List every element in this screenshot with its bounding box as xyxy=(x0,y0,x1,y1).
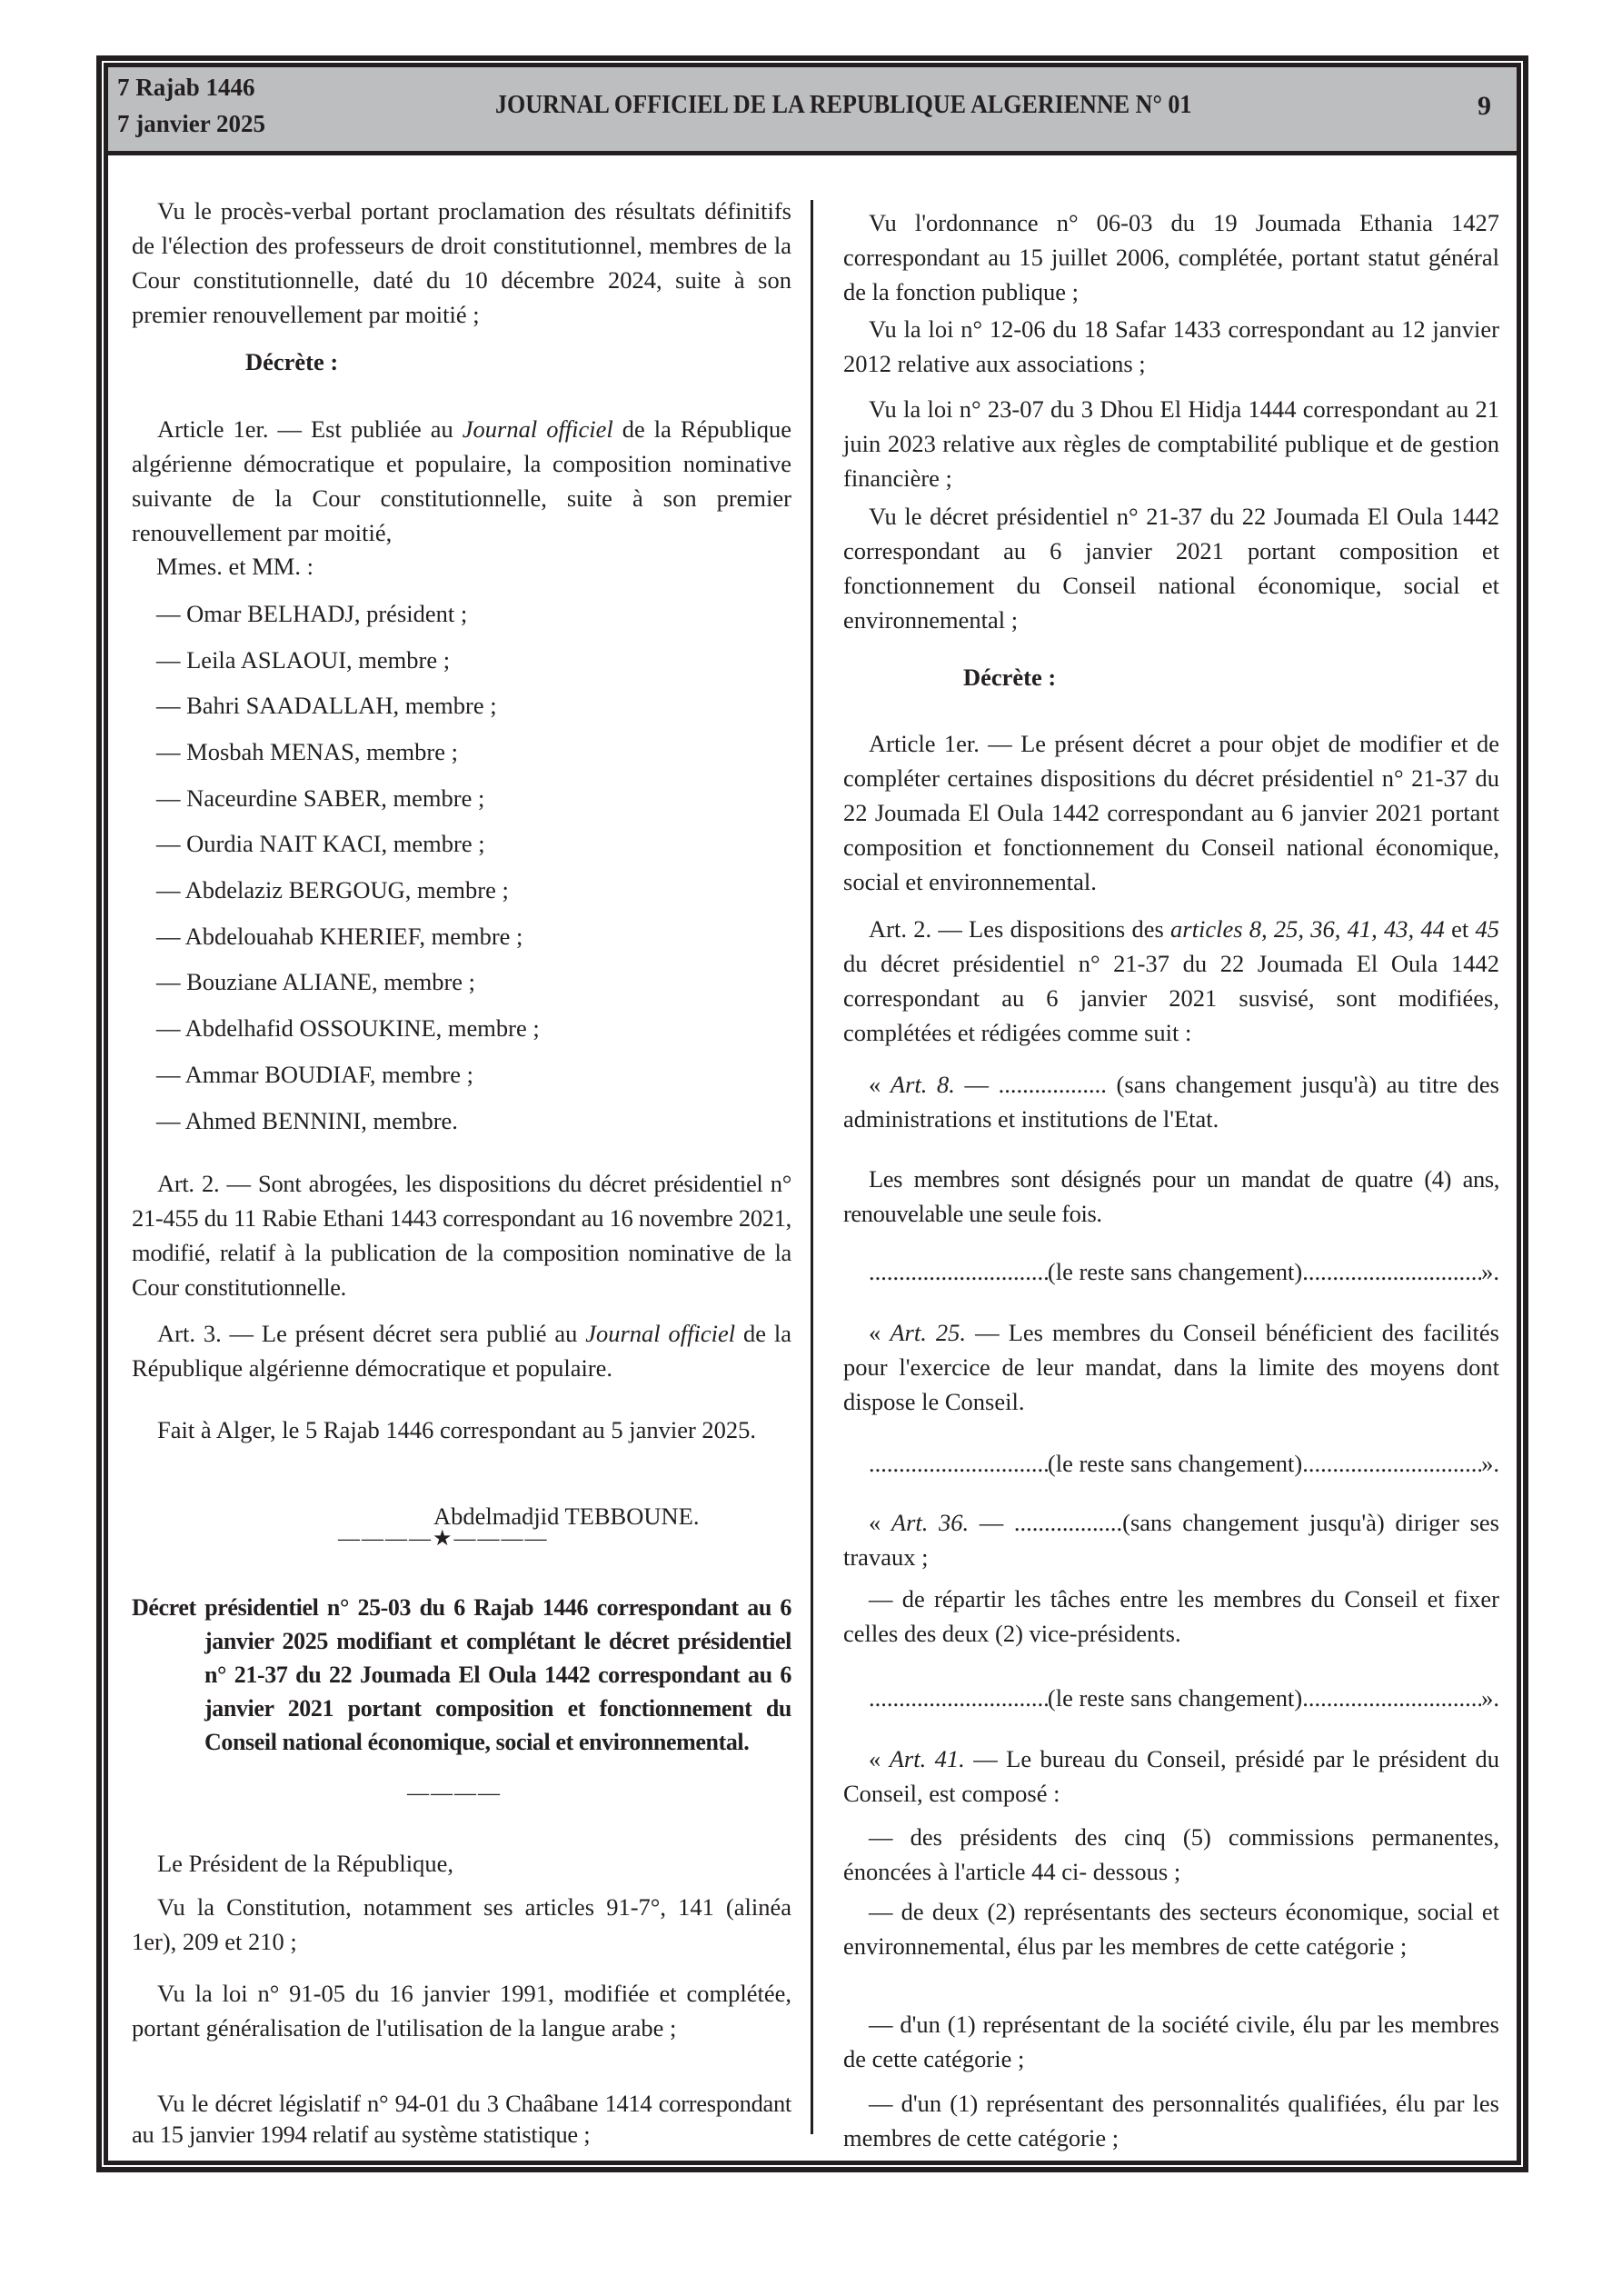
article-41: « Art. 41. — Le bureau du Conseil, prési… xyxy=(843,1742,1499,1811)
journal-officiel-italic: Journal officiel xyxy=(585,1320,735,1347)
article-25: « Art. 25. — Les membres du Conseil béné… xyxy=(843,1315,1499,1419)
member-item: — Abdelaziz BERGOUG, membre ; xyxy=(156,873,509,907)
reste-sans-changement: (le reste sans changement)». xyxy=(869,1681,1499,1715)
article-3-left: Art. 3. — Le présent décret sera publié … xyxy=(132,1316,791,1385)
salutation: Mmes. et MM. : xyxy=(156,549,313,584)
article-1-right: Article 1er. — Le présent décret a pour … xyxy=(843,726,1499,899)
article-label: Art. 25. xyxy=(890,1319,966,1346)
member-item: — Mosbah MENAS, membre ; xyxy=(156,734,458,769)
reste-sans-changement: (le reste sans changement)». xyxy=(869,1446,1499,1481)
member-item: — Ammar BOUDIAF, membre ; xyxy=(156,1057,473,1092)
vu-proces-verbal: Vu le procès-verbal portant proclamation… xyxy=(132,194,791,332)
article-label: Art. 8. xyxy=(891,1071,955,1098)
article-36: « Art. 36. — ..................(sans cha… xyxy=(843,1505,1499,1574)
member-item: — Abdelouahab KHERIEF, membre ; xyxy=(156,919,522,953)
member-item: — Leila ASLAOUI, membre ; xyxy=(156,643,450,677)
member-item: — Bouziane ALIANE, membre ; xyxy=(156,964,475,999)
le-president: Le Président de la République, xyxy=(132,1846,791,1881)
reste-sans-changement: (le reste sans changement)». xyxy=(869,1254,1499,1289)
article-label: Art. 36. xyxy=(891,1509,969,1536)
vu-loi-91-05: Vu la loi n° 91-05 du 16 janvier 1991, m… xyxy=(132,1976,791,2045)
article-1-left: Article 1er. — Est publiée au Journal of… xyxy=(132,412,791,550)
article-36-repartir: — de répartir les tâches entre les membr… xyxy=(843,1582,1499,1651)
member-item: — Ahmed BENNINI, membre. xyxy=(156,1103,458,1138)
page-number: 9 xyxy=(1478,91,1491,122)
member-item: — Bahri SAADALLAH, membre ; xyxy=(156,688,497,723)
article-2-left: Art. 2. — Sont abrogées, les disposition… xyxy=(132,1166,791,1304)
decree-heading: Décret présidentiel n° 25-03 du 6 Rajab … xyxy=(132,1591,791,1759)
vu-decret-94-01: Vu le décret législatif n° 94-01 du 3 Ch… xyxy=(132,2088,791,2150)
vu-decret-21-37: Vu le décret présidentiel n° 21-37 du 22… xyxy=(843,499,1499,637)
article-41-item: — d'un (1) représentant de la société ci… xyxy=(843,2007,1499,2076)
article-41-item: — de deux (2) représentants des secteurs… xyxy=(843,1894,1499,1963)
article-8-members: Les membres sont désignés pour un mandat… xyxy=(843,1162,1499,1231)
vu-loi-23-07: Vu la loi n° 23-07 du 3 Dhou El Hidja 14… xyxy=(843,392,1499,495)
article-8: « Art. 8. — .................. (sans cha… xyxy=(843,1067,1499,1136)
member-item: — Abdelhafid OSSOUKINE, membre ; xyxy=(156,1011,540,1045)
journal-title: JOURNAL OFFICIEL DE LA REPUBLIQUE ALGERI… xyxy=(495,91,1191,120)
vu-loi-12-06: Vu la loi n° 12-06 du 18 Safar 1433 corr… xyxy=(843,312,1499,381)
journal-officiel-italic: Journal officiel xyxy=(463,415,613,443)
vu-constitution: Vu la Constitution, notamment ses articl… xyxy=(132,1890,791,1959)
column-divider xyxy=(811,200,813,2134)
article-41-item: — des présidents des cinq (5) commission… xyxy=(843,1820,1499,1889)
member-item: — Naceurdine SABER, membre ; xyxy=(156,781,484,815)
article-2-right: Art. 2. — Les dispositions des articles … xyxy=(843,912,1499,1050)
fait-a-alger: Fait à Alger, le 5 Rajab 1446 correspond… xyxy=(132,1413,791,1447)
gregorian-date: 7 janvier 2025 xyxy=(117,109,265,138)
journal-header: 7 Rajab 1446 7 janvier 2025 JOURNAL OFFI… xyxy=(108,67,1517,155)
short-separator: ———— xyxy=(407,1782,502,1806)
article-41-item: — d'un (1) représentant des personnalité… xyxy=(843,2086,1499,2155)
star-separator: ————★———— xyxy=(338,1525,549,1552)
member-item: — Omar BELHADJ, président ; xyxy=(156,596,467,631)
decrete-heading-left: Décrète : xyxy=(245,344,338,379)
article-label: Art. 41. xyxy=(890,1745,965,1772)
decrete-heading-right: Décrète : xyxy=(963,660,1056,694)
member-item: — Ourdia NAIT KACI, membre ; xyxy=(156,826,485,861)
vu-ordonnance-06-03: Vu l'ordonnance n° 06-03 du 19 Joumada E… xyxy=(843,205,1499,309)
hijri-date: 7 Rajab 1446 xyxy=(117,73,255,102)
